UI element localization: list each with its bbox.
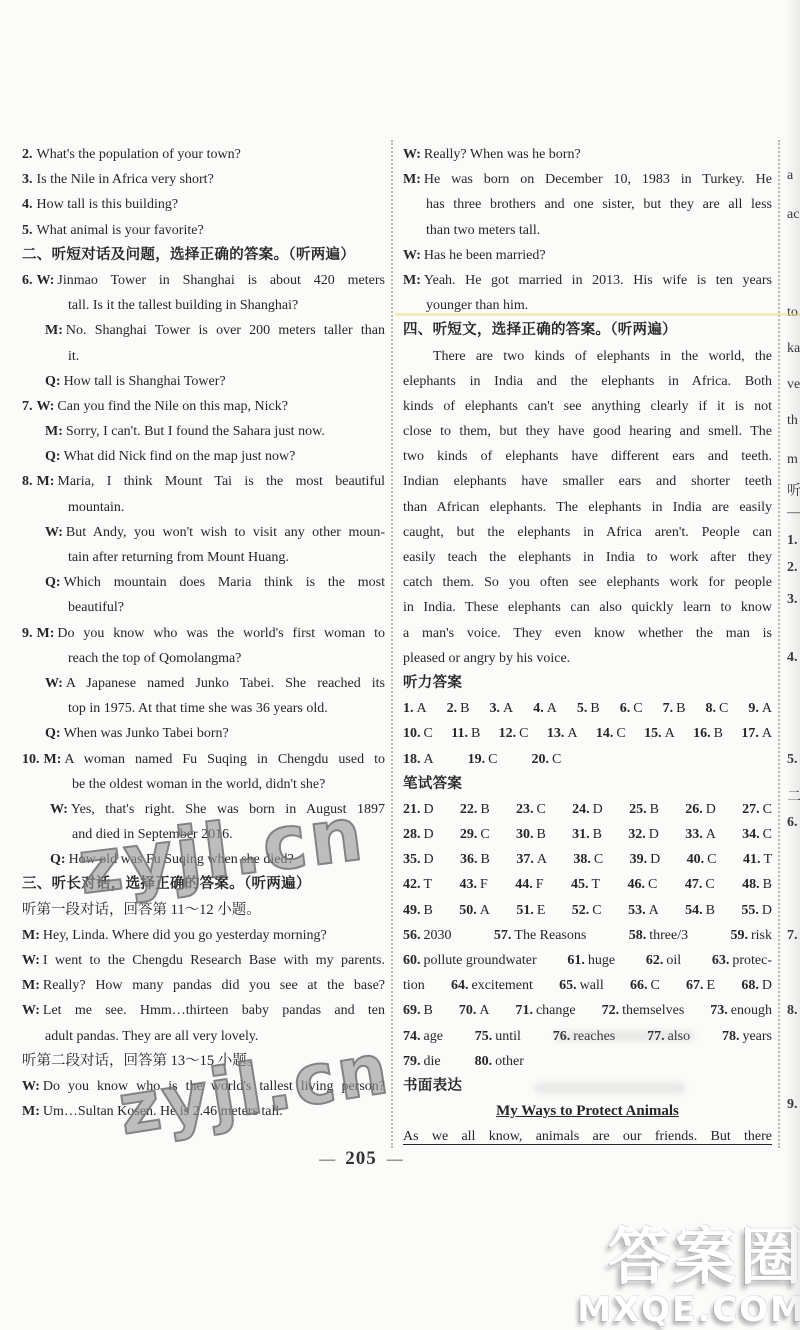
text-line: M:Really? How many pandas did you see at… [22, 973, 385, 998]
text-line: reach the top of Qomolangma? [22, 646, 385, 671]
text-line: 5.What animal is your favorite? [22, 218, 385, 243]
answer-item: 24.D [572, 797, 603, 822]
text-line: There are two kinds of elephants in the … [403, 344, 772, 369]
answer-item: 42.T [403, 872, 432, 897]
answer-item: 47.C [685, 872, 715, 897]
answer-item: 66.C [630, 973, 660, 998]
watermark-stamp: 答案圈 MXQE.COM [577, 1207, 800, 1330]
text-line: W:Really? When was he born? [403, 142, 772, 167]
text-line: 7.W:Can you find the Nile on this map, N… [22, 394, 385, 419]
answer-item: 69.B [403, 998, 433, 1023]
text-line: 3.Is the Nile in Africa very short? [22, 167, 385, 192]
edge-text-fragment: 2. [787, 560, 798, 576]
answer-row: 49.B50.A51.E52.C53.A54.B55.D [403, 898, 772, 923]
answer-item: 44.F [515, 872, 543, 897]
text-line: pleased or angry by his voice. [403, 646, 772, 671]
print-through-smudge [535, 1082, 685, 1094]
text-line: it. [22, 344, 385, 369]
text-line: W:I went to the Chengdu Research Base wi… [22, 948, 385, 973]
answer-item: 52.C [572, 898, 602, 923]
answer-row: 69.B70.A71.change72.themselves73.enough [403, 998, 772, 1023]
edge-text-fragment: ac [787, 207, 799, 223]
answer-row: 56.203057.The Reasons58.three/359.risk [403, 923, 772, 948]
answer-item: 80.other [475, 1049, 524, 1074]
answer-row: 21.D22.B23.C24.D25.B26.D27.C [403, 797, 772, 822]
answer-item: 27.C [742, 797, 772, 822]
text-line: Q:Which mountain does Maria think is the… [22, 570, 385, 595]
line-sub: 听第一段对话，回答第 11～12 小题。 [22, 898, 385, 923]
edge-text-fragment: — [787, 505, 800, 521]
answer-item: 22.B [460, 797, 490, 822]
edge-text-fragment: 5. [787, 752, 798, 768]
page-number-value: 205 [345, 1148, 377, 1169]
answer-row: tion64.excitement65.wall66.C67.E68.D [403, 973, 772, 998]
answer-item: 20.C [531, 747, 561, 772]
answer-item: 6.C [620, 696, 643, 721]
answer-item: 7.B [663, 696, 686, 721]
answer-item: 28.D [403, 822, 434, 847]
answer-item: 73.enough [710, 998, 772, 1023]
text-line: a man's voice. They even know whether th… [403, 621, 772, 646]
answer-item: 40.C [687, 847, 717, 872]
edge-text-fragment: 1. [787, 533, 798, 549]
line-sec: 三、听长对话，选择正确的答案。（听两遍） [22, 872, 385, 897]
answer-item: tion [403, 973, 425, 998]
answer-item: 45.T [571, 872, 600, 897]
text-line: than two meters tall. [403, 218, 772, 243]
answer-item: 41.T [743, 847, 772, 872]
answer-item: 3.A [490, 696, 514, 721]
page-number: —205— [296, 1148, 426, 1170]
left-column: 2.What's the population of your town?3.I… [22, 142, 385, 1124]
text-line: W:A Japanese named Junko Tabei. She reac… [22, 671, 385, 696]
answer-item: 32.D [628, 822, 659, 847]
edge-text-fragment: 4. [787, 650, 798, 666]
edge-text-fragment: 7. [787, 928, 798, 944]
text-line: W:But Andy, you won't wish to visit any … [22, 520, 385, 545]
answer-item: 17.A [741, 721, 772, 746]
answer-item: 10.C [403, 721, 433, 746]
answer-item: 72.themselves [602, 998, 685, 1023]
answer-item: 18.A [403, 747, 434, 772]
answer-row: 28.D29.C30.B31.B32.D33.A34.C [403, 822, 772, 847]
text-line: 10.M:A woman named Fu Suqing in Chengdu … [22, 747, 385, 772]
text-line: M:He was born on December 10, 1983 in Tu… [403, 167, 772, 192]
text-line: Q:When was Junko Tabei born? [22, 721, 385, 746]
answer-item: 75.until [475, 1024, 521, 1049]
answer-item: 2.B [447, 696, 470, 721]
answer-item: 62.oil [646, 948, 681, 973]
answer-row: 42.T43.F44.F45.T46.C47.C48.B [403, 872, 772, 897]
answer-item: 16.B [693, 721, 723, 746]
answer-item: 48.B [742, 872, 772, 897]
text-line: close to them, but they have good hearin… [403, 419, 772, 444]
text-line: M:Sorry, I can't. But I found the Sahara… [22, 419, 385, 444]
edge-text-fragment: m [787, 452, 798, 468]
text-line: M:Um…Sultan Kosen. He is 2.46 meters tal… [22, 1099, 385, 1124]
text-line: 9.M:Do you know who was the world's firs… [22, 621, 385, 646]
answer-item: 9.A [748, 696, 772, 721]
answer-row: 18.A19.C20.C [403, 747, 772, 772]
edge-text-fragment: th [787, 413, 798, 429]
text-line: W:Has he been married? [403, 243, 772, 268]
footer-dash: — [319, 1151, 335, 1168]
edge-text-fragment: 听 [787, 480, 800, 500]
answer-item: 78.years [722, 1024, 772, 1049]
line-sec: 四、听短文，选择正确的答案。（听两遍） [403, 318, 772, 343]
answer-item: 14.C [596, 721, 626, 746]
stamp-domain-text: MXQE.COM [577, 1290, 800, 1330]
answer-item: 19.C [468, 747, 498, 772]
answer-item: 21.D [403, 797, 434, 822]
answer-item: 67.E [686, 973, 715, 998]
answer-item: 39.D [630, 847, 661, 872]
edge-text-fragment: 3. [787, 592, 798, 608]
answer-item: 33.A [685, 822, 716, 847]
answer-item: 46.C [628, 872, 658, 897]
answer-item: 11.B [451, 721, 480, 746]
answer-item: 53.A [628, 898, 659, 923]
answer-item: 37.A [516, 847, 547, 872]
answer-item: 5.B [577, 696, 600, 721]
edge-text-fragment: ve [787, 377, 800, 393]
answer-item: 1.A [403, 696, 427, 721]
text-line: Q:How tall is Shanghai Tower? [22, 369, 385, 394]
answer-item: 4.A [533, 696, 557, 721]
text-line: and died in September 2016. [22, 822, 385, 847]
text-line: M:No. Shanghai Tower is over 200 meters … [22, 318, 385, 343]
edge-text-fragment: ka [787, 341, 800, 357]
text-line: W:Do you know who is the world's tallest… [22, 1074, 385, 1099]
print-through-smudge [555, 1030, 695, 1042]
answer-item: 60.pollute groundwater [403, 948, 537, 973]
line-sent: As we all know, animals are our friends.… [403, 1124, 772, 1149]
text-line: mountain. [22, 495, 385, 520]
answer-item: 68.D [741, 973, 772, 998]
answer-item: 36.B [460, 847, 490, 872]
text-line: 6.W:Jinmao Tower in Shanghai is about 42… [22, 268, 385, 293]
answer-item: 55.D [741, 898, 772, 923]
answer-item: 30.B [516, 822, 546, 847]
answer-item: 50.A [459, 898, 490, 923]
answer-item: 71.change [515, 998, 575, 1023]
edge-text-fragment: a [787, 168, 793, 184]
answer-item: 65.wall [559, 973, 604, 998]
column-divider-left [391, 140, 393, 1148]
answer-item: 54.B [685, 898, 715, 923]
answer-item: 64.excitement [451, 973, 533, 998]
text-line: M:Yeah. He got married in 2013. His wife… [403, 268, 772, 293]
text-line: Q:What did Nick find on the map just now… [22, 444, 385, 469]
text-line: caught, but the elephants in Africa aren… [403, 520, 772, 545]
answer-item: 43.F [460, 872, 488, 897]
answer-item: 12.C [499, 721, 529, 746]
line-hdr: 听力答案 [403, 671, 772, 696]
answer-item: 31.B [572, 822, 602, 847]
text-line: Indian elephants have smaller ears and s… [403, 469, 772, 494]
answer-item: 79.die [403, 1049, 441, 1074]
text-line: 2.What's the population of your town? [22, 142, 385, 167]
answer-item: 74.age [403, 1024, 443, 1049]
answer-item: 61.huge [567, 948, 615, 973]
answer-item: 49.B [403, 898, 433, 923]
line-hdr: 笔试答案 [403, 772, 772, 797]
text-line: tall. Is it the tallest building in Shan… [22, 293, 385, 318]
answer-item: 29.C [460, 822, 490, 847]
edge-text-fragment: 8. [787, 1003, 798, 1019]
edge-text-fragment: 6. [787, 815, 798, 831]
text-line: easily teach the elephants in India to w… [403, 545, 772, 570]
answer-item: 51.E [516, 898, 545, 923]
answer-item: 23.C [516, 797, 546, 822]
answer-item: 15.A [644, 721, 675, 746]
line-sub: 听第二段对话，回答第 13～15 小题。 [22, 1049, 385, 1074]
essay-title: My Ways to Protect Animals [496, 1103, 679, 1119]
answer-item: 26.D [685, 797, 716, 822]
line-title: My Ways to Protect Animals [403, 1099, 772, 1124]
text-line: Q:How old was Fu Suqing when she died? [22, 847, 385, 872]
answer-item: 13.A [547, 721, 578, 746]
text-line: W:Let me see. Hmm…thirteen baby pandas a… [22, 998, 385, 1023]
answer-item: 57.The Reasons [494, 923, 586, 948]
answer-item: 56.2030 [403, 923, 452, 948]
answer-item: 35.D [403, 847, 434, 872]
yellow-scan-line [395, 313, 800, 316]
answer-item: 59.risk [730, 923, 772, 948]
answer-item: 63.protec- [712, 948, 772, 973]
text-line: 8.M:Maria, I think Mount Tai is the most… [22, 469, 385, 494]
answer-row: 10.C11.B12.C13.A14.C15.A16.B17.A [403, 721, 772, 746]
text-line: has three brothers and one sister, but t… [403, 192, 772, 217]
text-line: catch them. So you often see elephants w… [403, 570, 772, 595]
answer-item: 70.A [459, 998, 490, 1023]
scanned-answer-page: 2.What's the population of your town?3.I… [0, 0, 800, 1330]
text-line: W:Yes, that's right. She was born in Aug… [22, 797, 385, 822]
right-column: W:Really? When was he born?M:He was born… [403, 142, 772, 1150]
answer-row: 79.die80.other [403, 1049, 772, 1074]
text-line: beautiful? [22, 595, 385, 620]
text-line: be the oldest woman in the world, didn't… [22, 772, 385, 797]
answer-item: 38.C [573, 847, 603, 872]
text-line: in India. These elephants can also quick… [403, 595, 772, 620]
text-line: than African elephants. The elephants in… [403, 495, 772, 520]
line-sec: 二、听短对话及问题，选择正确的答案。（听两遍） [22, 243, 385, 268]
answer-row: 60.pollute groundwater61.huge62.oil63.pr… [403, 948, 772, 973]
stamp-logo-text: 答案圈 [577, 1207, 800, 1296]
answer-item: 25.B [629, 797, 659, 822]
footer-dash: — [387, 1151, 403, 1168]
text-line: elephants in India and the elephants in … [403, 369, 772, 394]
edge-text-fragment: 9. [787, 1097, 798, 1113]
column-divider-right [778, 140, 780, 1148]
answer-item: 34.C [742, 822, 772, 847]
text-line: 4.How tall is this building? [22, 192, 385, 217]
edge-text-fragment: 二 [787, 786, 800, 806]
answer-item: 58.three/3 [629, 923, 688, 948]
text-line: top in 1975. At that time she was 36 yea… [22, 696, 385, 721]
text-line: kinds of elephants can't see anything cl… [403, 394, 772, 419]
answer-item: 8.C [705, 696, 728, 721]
text-line: M:Hey, Linda. Where did you go yesterday… [22, 923, 385, 948]
text-line: tain after returning from Mount Huang. [22, 545, 385, 570]
text-line: adult pandas. They are all very lovely. [22, 1024, 385, 1049]
answer-row: 1.A2.B3.A4.A5.B6.C7.B8.C9.A [403, 696, 772, 721]
answer-row: 35.D36.B37.A38.C39.D40.C41.T [403, 847, 772, 872]
text-line: two kinds of elephants have different ea… [403, 444, 772, 469]
